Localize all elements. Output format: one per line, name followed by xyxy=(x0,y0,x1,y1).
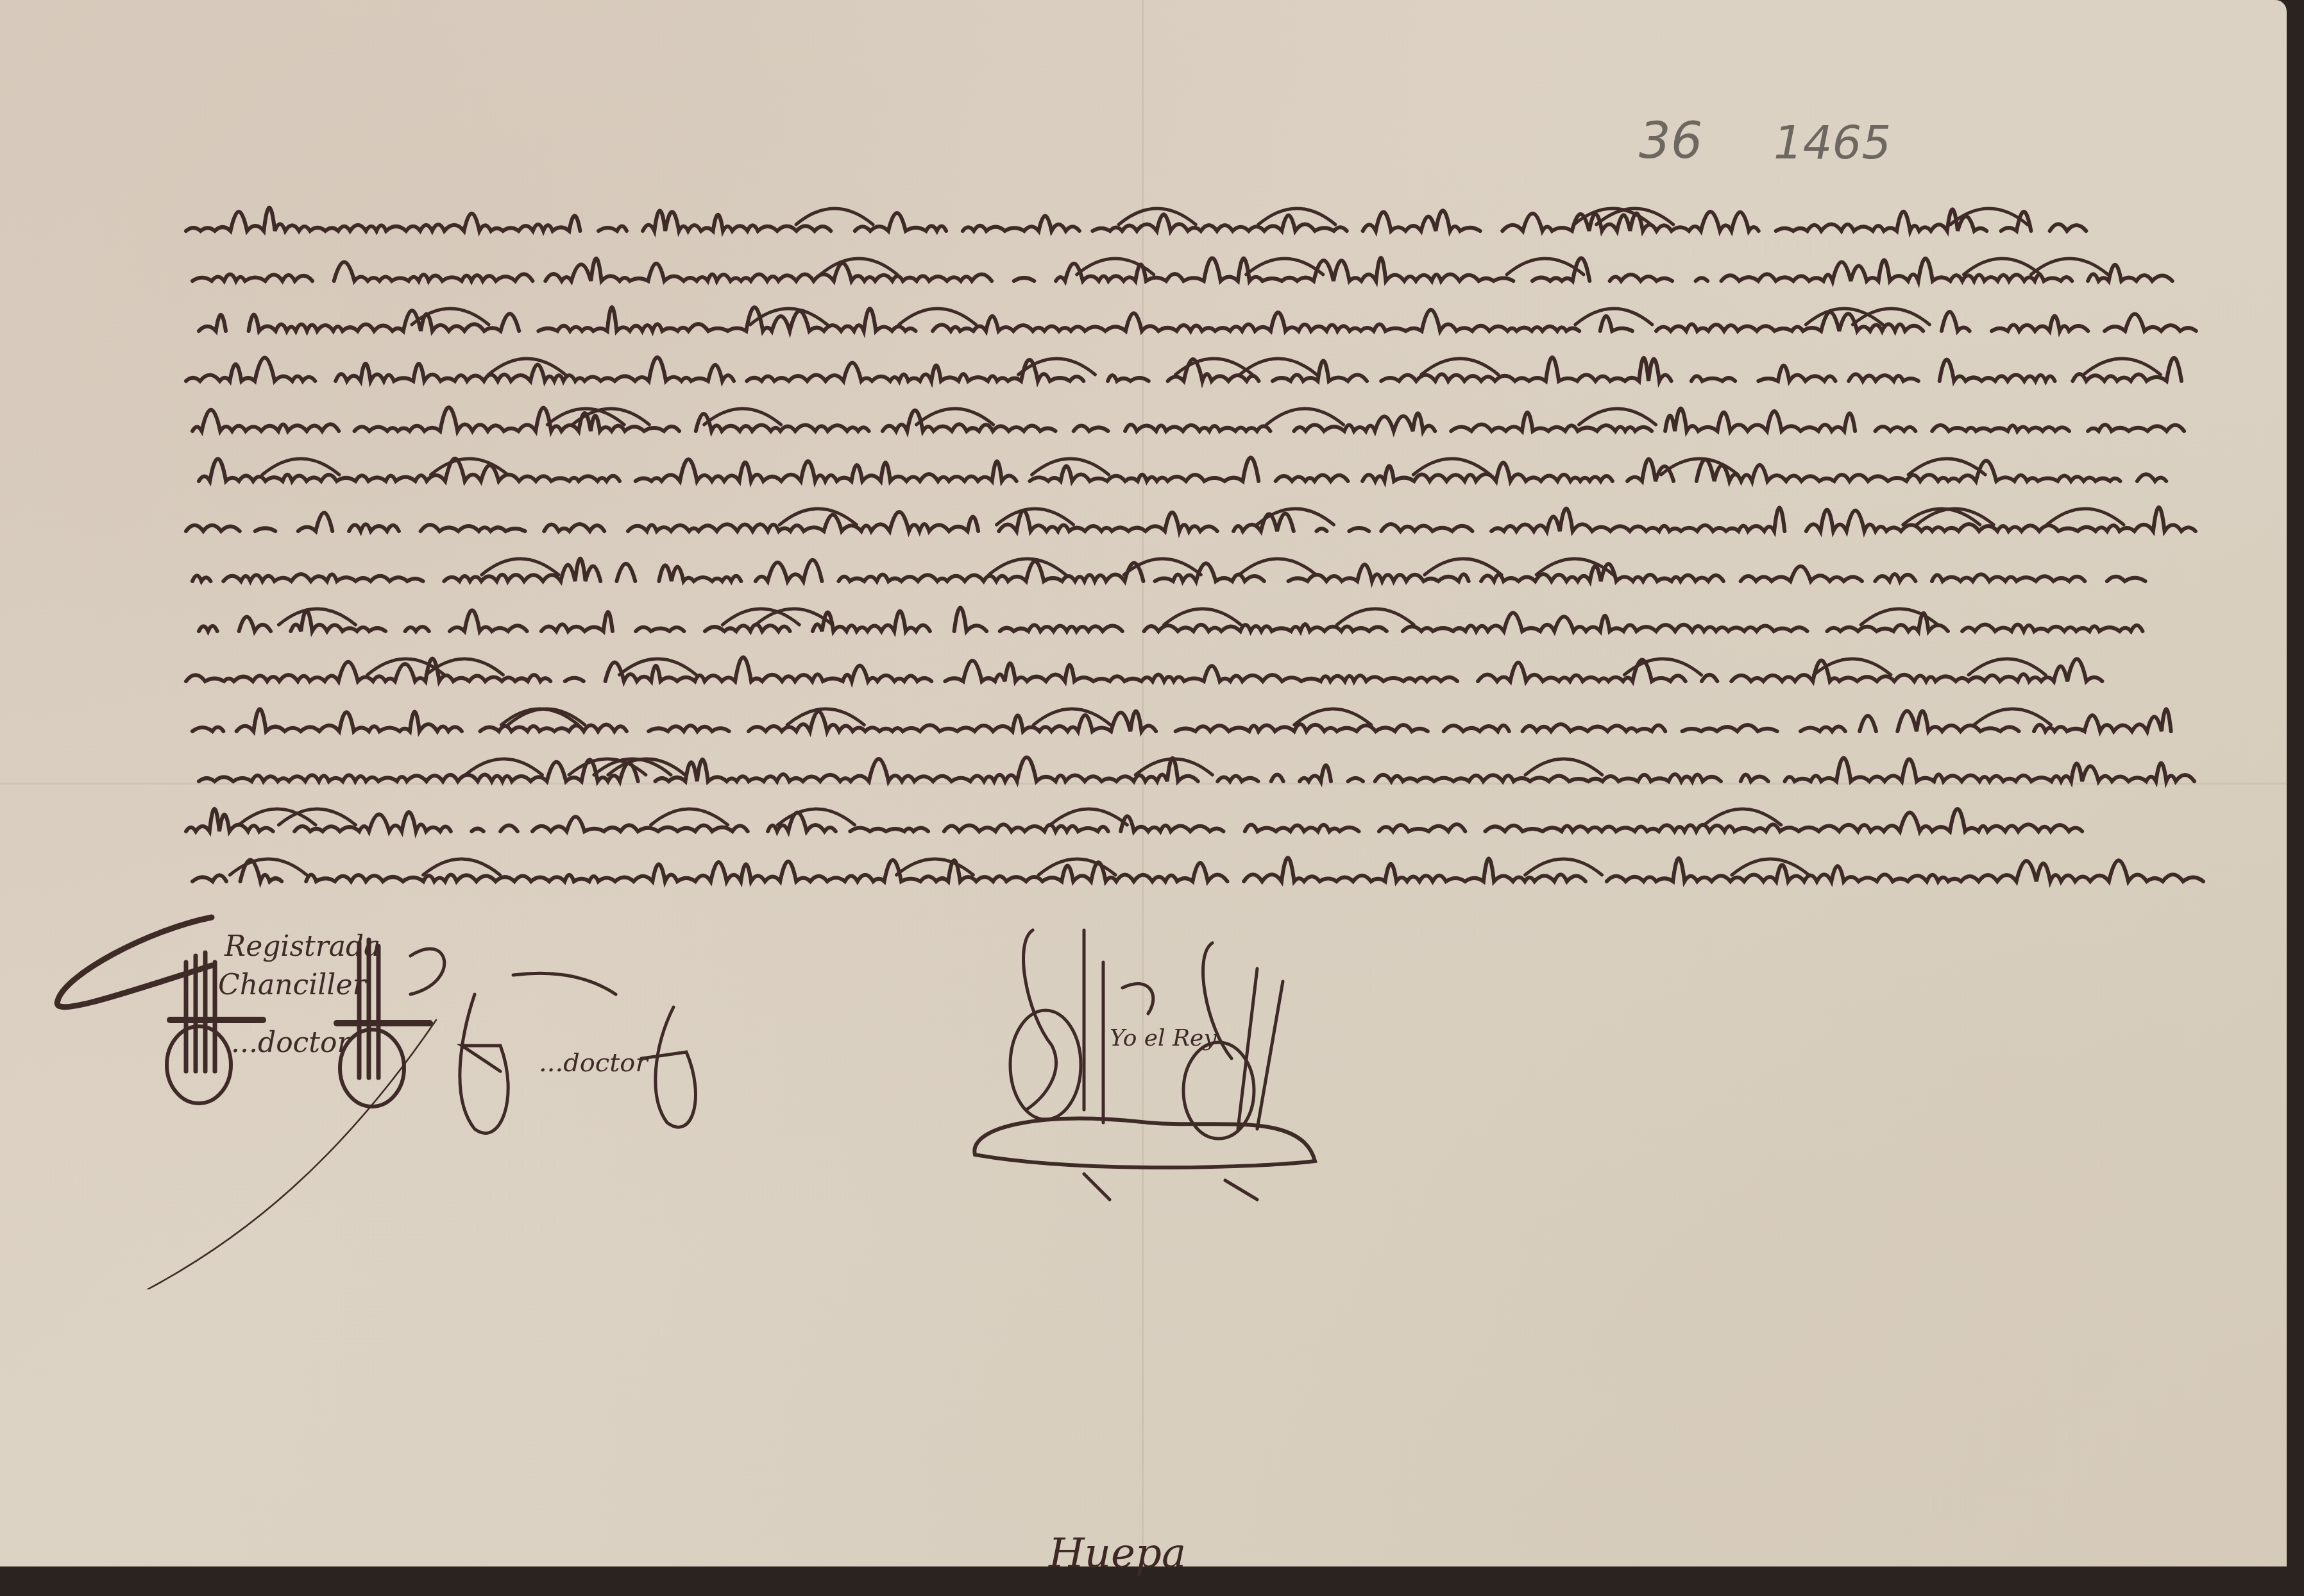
ascender-swash xyxy=(1124,559,1201,575)
ascender-swash xyxy=(704,409,781,425)
ascender-swash xyxy=(1908,459,1985,475)
ascender-swash xyxy=(1258,208,1335,225)
ascender-swash xyxy=(1814,659,1891,675)
doctor-label-2: ...doctor xyxy=(539,1048,649,1078)
ascender-swash xyxy=(779,509,856,525)
ascender-swash xyxy=(997,509,1074,525)
ascender-swash xyxy=(1294,709,1371,725)
chanciller-label: Chanciller xyxy=(218,969,368,1001)
archive-number-annotation: 36 xyxy=(1639,112,1702,170)
text-line xyxy=(186,809,2103,831)
year-annotation: 1465 xyxy=(1774,115,1891,169)
text-line xyxy=(199,758,2194,781)
chancery-rubrics: Registrada Chanciller ...doctor ...docto… xyxy=(51,904,725,1289)
ascender-swash xyxy=(1077,259,1154,275)
ascender-swash xyxy=(1852,309,1929,325)
ascender-swash xyxy=(1421,359,1498,375)
ascender-swash xyxy=(1266,409,1343,425)
ascender-swash xyxy=(423,859,500,875)
ascender-swash xyxy=(2083,359,2160,375)
ascender-swash xyxy=(1525,859,1602,875)
ascender-swash xyxy=(1704,809,1781,825)
text-line xyxy=(199,307,2196,331)
ascender-swash xyxy=(1963,259,2040,275)
doctor-label-1: ...doctor xyxy=(231,1026,352,1059)
ascender-swash xyxy=(1239,559,1316,575)
ascender-swash xyxy=(820,259,897,275)
ascender-swash xyxy=(1050,809,1127,825)
ascender-swash xyxy=(465,759,542,775)
ascender-swash xyxy=(1969,659,2046,675)
ascender-swash xyxy=(1246,259,1323,275)
text-line xyxy=(192,559,2146,581)
footer-note: Huepa xyxy=(1049,1530,1186,1577)
text-line xyxy=(192,709,2171,731)
royal-signature: Yo el Rey xyxy=(956,917,1341,1206)
registrada-label: Registrada xyxy=(224,930,380,963)
ascender-swash xyxy=(1257,509,1334,525)
script-lines xyxy=(148,205,2232,930)
ascender-swash xyxy=(1575,309,1652,325)
ascender-swash xyxy=(1164,609,1241,625)
ascender-swash xyxy=(651,809,728,825)
text-line xyxy=(192,258,2173,281)
ascender-swash xyxy=(1337,609,1414,625)
ascender-swash xyxy=(262,459,339,475)
ascender-swash xyxy=(1579,409,1656,425)
ascender-swash xyxy=(2047,509,2124,525)
ascender-swash xyxy=(482,559,559,575)
ascender-swash xyxy=(1525,759,1602,775)
manuscript-sheet: 36 1465 Don Enrrique por la gracia de Di… xyxy=(0,0,2287,1566)
ascender-swash xyxy=(278,609,355,625)
ascender-swash xyxy=(2031,259,2108,275)
text-line xyxy=(199,457,2166,481)
ascender-swash xyxy=(896,859,973,875)
text-line xyxy=(192,407,2184,431)
ascender-swash xyxy=(1732,859,1809,875)
ascender-swash xyxy=(1974,709,2051,725)
text-line xyxy=(186,507,2196,531)
ascender-swash xyxy=(1413,459,1490,475)
ascender-swash xyxy=(899,309,976,325)
ascender-swash xyxy=(488,359,565,375)
ascender-swash xyxy=(1033,709,1110,725)
ascender-swash xyxy=(796,208,873,225)
ascender-swash xyxy=(917,409,994,425)
ascender-swash xyxy=(1507,259,1584,275)
yo-el-rey-text: Yo el Rey xyxy=(1110,1025,1217,1051)
